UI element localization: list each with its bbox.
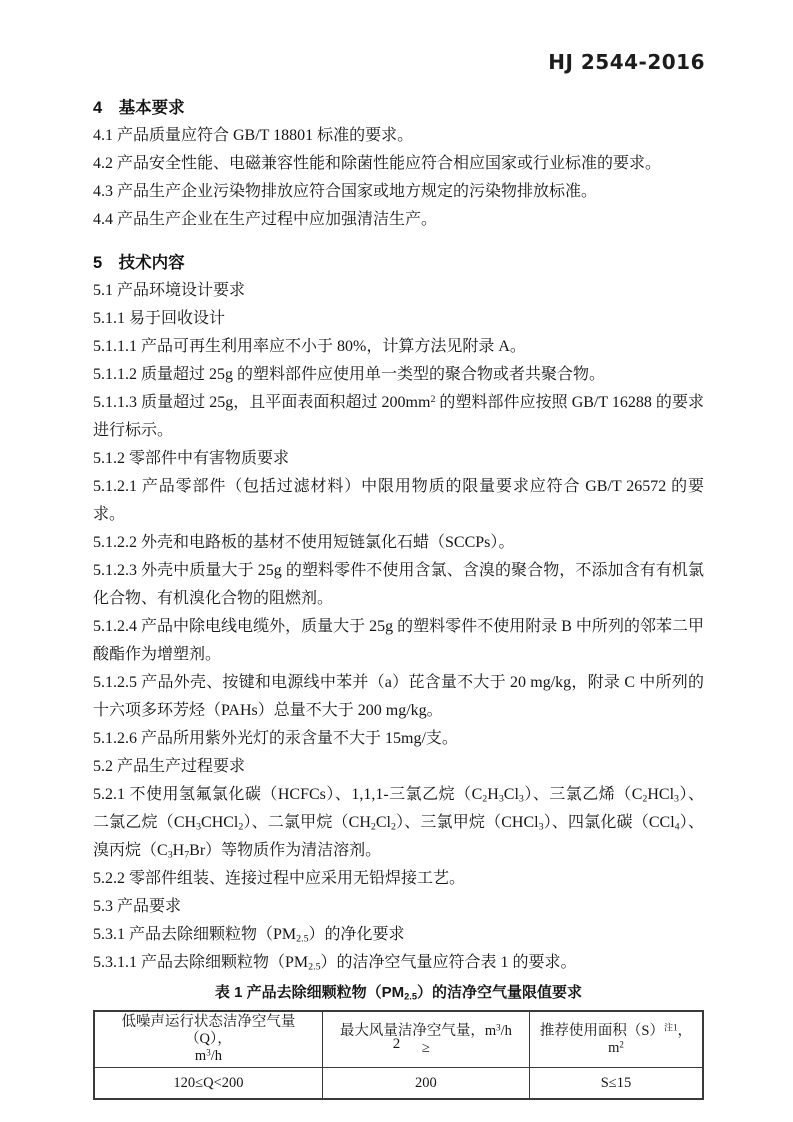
clause-5-2-1: 5.2.1 不使用氢氟氯化碳（HCFCs）、1,1,1-三氯乙烷（C2H3Cl3… bbox=[93, 781, 704, 865]
section-heading-5: 5 技术内容 bbox=[93, 249, 704, 277]
table-row: 120≤Q<200 200 S≤15 bbox=[94, 1068, 703, 1100]
clause-5-1-1-3: 5.1.1.3 质量超过 25g，且平面表面积超过 200mm2 的塑料部件应按… bbox=[93, 389, 704, 445]
clause-4-3: 4.3 产品生产企业污染物排放应符合国家或地方规定的污染物排放标准。 bbox=[93, 178, 704, 206]
clause-5-1-2-4: 5.1.2.4 产品中除电线电缆外，质量大于 25g 的塑料零件不使用附录 B … bbox=[93, 613, 704, 669]
clause-5-1-1-2: 5.1.1.2 质量超过 25g 的塑料部件应使用单一类型的聚合物或者共聚合物。 bbox=[93, 361, 704, 389]
clause-5-3: 5.3 产品要求 bbox=[93, 893, 704, 921]
document-page: HJ 2544-2016 4 基本要求 4.1 产品质量应符合 GB/T 188… bbox=[0, 0, 793, 1122]
cell-max-cadr: 200 bbox=[322, 1068, 529, 1100]
clause-5-3-1-1: 5.3.1.1 产品去除细颗粒物（PM2.5）的洁净空气量应符合表 1 的要求。 bbox=[93, 949, 704, 977]
clause-5-1-1-1: 5.1.1.1 产品可再生利用率应不小于 80%，计算方法见附录 A。 bbox=[93, 333, 704, 361]
clause-5-1: 5.1 产品环境设计要求 bbox=[93, 277, 704, 305]
clause-5-1-2-1: 5.1.2.1 产品零部件（包括过滤材料）中限用物质的限量要求应符合 GB/T … bbox=[93, 473, 704, 529]
document-body: 4 基本要求 4.1 产品质量应符合 GB/T 18801 标准的要求。 4.2… bbox=[93, 94, 704, 1100]
page-number: 2 bbox=[0, 1036, 793, 1053]
clause-5-1-2-6: 5.1.2.6 产品所用紫外光灯的汞含量不大于 15mg/支。 bbox=[93, 725, 704, 753]
clause-5-3-1: 5.3.1 产品去除细颗粒物（PM2.5）的净化要求 bbox=[93, 921, 704, 949]
clause-4-2: 4.2 产品安全性能、电磁兼容性能和除菌性能应符合相应国家或行业标准的要求。 bbox=[93, 150, 704, 178]
clause-5-2: 5.2 产品生产过程要求 bbox=[93, 753, 704, 781]
cell-q-range: 120≤Q<200 bbox=[94, 1068, 322, 1100]
clause-4-1: 4.1 产品质量应符合 GB/T 18801 标准的要求。 bbox=[93, 122, 704, 150]
clause-5-1-2: 5.1.2 零部件中有害物质要求 bbox=[93, 445, 704, 473]
clause-5-1-2-3: 5.1.2.3 外壳中质量大于 25g 的塑料零件不使用含氯、含溴的聚合物，不添… bbox=[93, 557, 704, 613]
clause-5-1-2-2: 5.1.2.2 外壳和电路板的基材不使用短链氯化石蜡（SCCPs）。 bbox=[93, 529, 704, 557]
section-heading-4: 4 基本要求 bbox=[93, 94, 704, 122]
standard-code: HJ 2544-2016 bbox=[548, 50, 705, 74]
clause-5-2-2: 5.2.2 零部件组装、连接过程中应采用无铅焊接工艺。 bbox=[93, 865, 704, 893]
table-1-cadr-limits: 低噪声运行状态洁净空气量（Q），m3/h 最大风量洁净空气量，m3/h≥ 推荐使… bbox=[93, 1010, 704, 1100]
clause-5-1-2-5: 5.1.2.5 产品外壳、按键和电源线中苯并（a）芘含量不大于 20 mg/kg… bbox=[93, 669, 704, 725]
clause-4-4: 4.4 产品生产企业在生产过程中应加强清洁生产。 bbox=[93, 206, 704, 234]
cell-area: S≤15 bbox=[529, 1068, 703, 1100]
table-1-caption: 表 1 产品去除细颗粒物（PM2.5）的洁净空气量限值要求 bbox=[93, 982, 704, 1004]
clause-5-1-1: 5.1.1 易于回收设计 bbox=[93, 305, 704, 333]
